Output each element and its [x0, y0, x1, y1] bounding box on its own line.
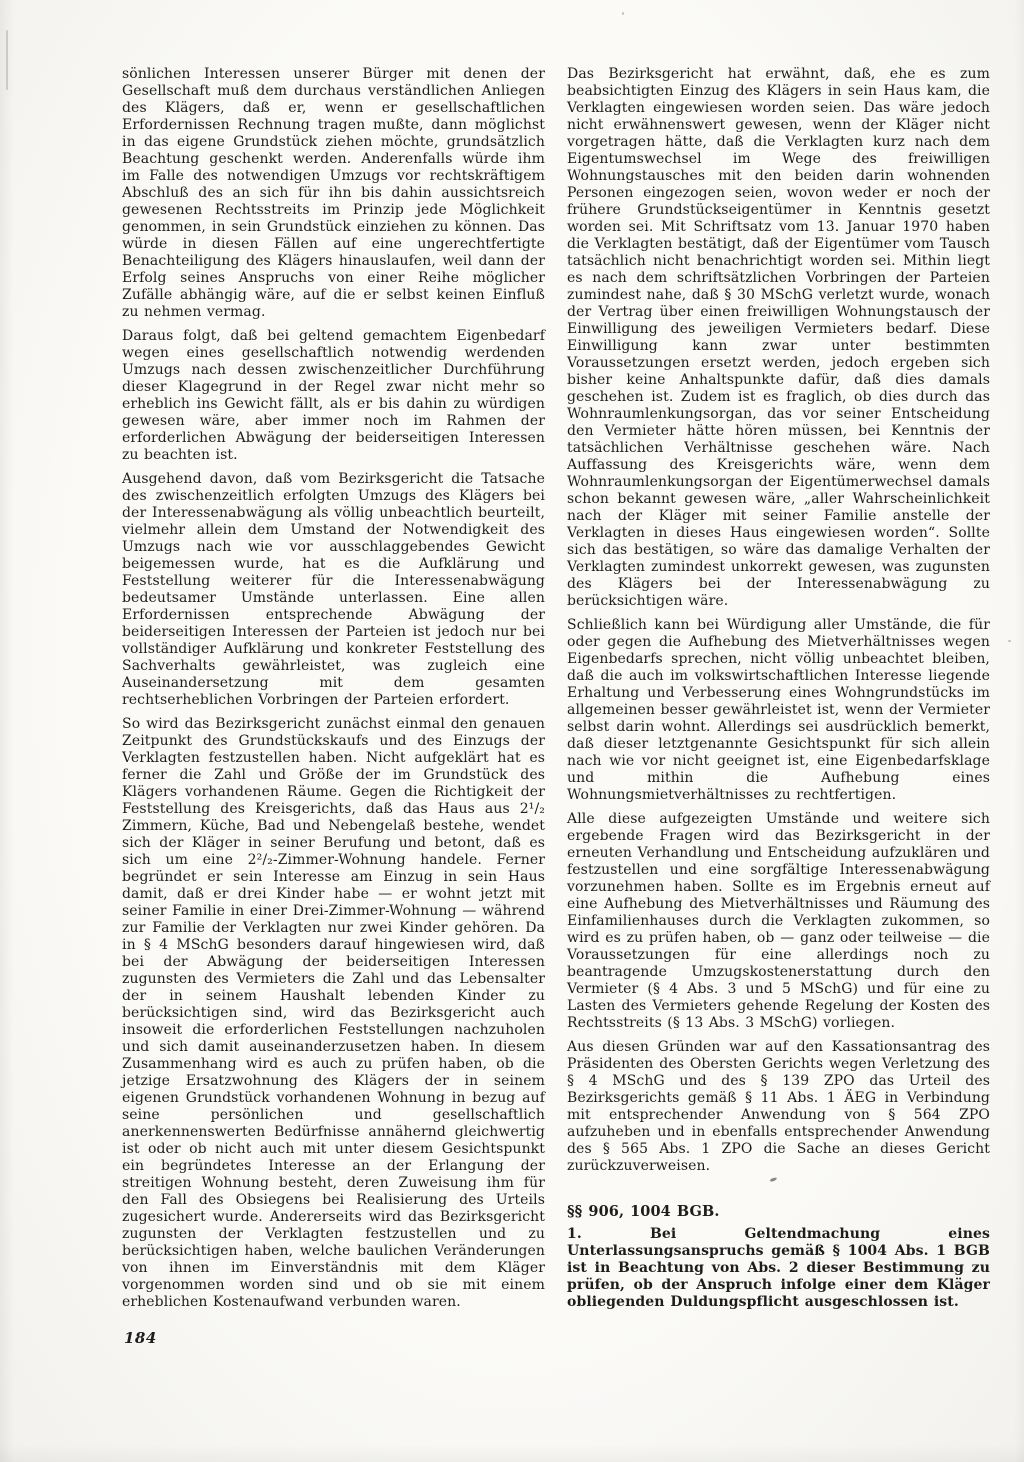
body-paragraph: Das Bezirksgericht hat erwähnt, daß, ehe… — [567, 66, 990, 610]
page-number: 184 — [124, 1329, 157, 1347]
scan-speck — [1008, 640, 1011, 642]
body-paragraph: sönlichen Interessen unserer Bürger mit … — [122, 66, 545, 321]
body-paragraph: Ausgehend davon, daß vom Bezirksgericht … — [122, 471, 545, 709]
left-column: sönlichen Interessen unserer Bürger mit … — [122, 66, 545, 1318]
scanned-journal-page: sönlichen Interessen unserer Bürger mit … — [0, 0, 1024, 1462]
headnote-paragraph: 1. Bei Geltendmachung eines Unterlassung… — [567, 1226, 990, 1311]
scan-edge-artifact — [6, 30, 8, 90]
body-paragraph: Alle diese aufgezeigten Umstände und wei… — [567, 811, 990, 1032]
right-column: Das Bezirksgericht hat erwähnt, daß, ehe… — [567, 66, 990, 1318]
scan-speck — [622, 12, 624, 15]
body-paragraph: Daraus folgt, daß bei geltend gemachtem … — [122, 328, 545, 464]
statute-section-heading: §§ 906, 1004 BGB. — [567, 1203, 990, 1220]
body-paragraph: Aus diesen Gründen war auf den Kassation… — [567, 1039, 990, 1175]
text-columns: sönlichen Interessen unserer Bürger mit … — [122, 66, 990, 1318]
body-paragraph: Schließlich kann bei Würdigung aller Ums… — [567, 617, 990, 804]
body-paragraph: So wird das Bezirksgericht zunächst einm… — [122, 716, 545, 1311]
